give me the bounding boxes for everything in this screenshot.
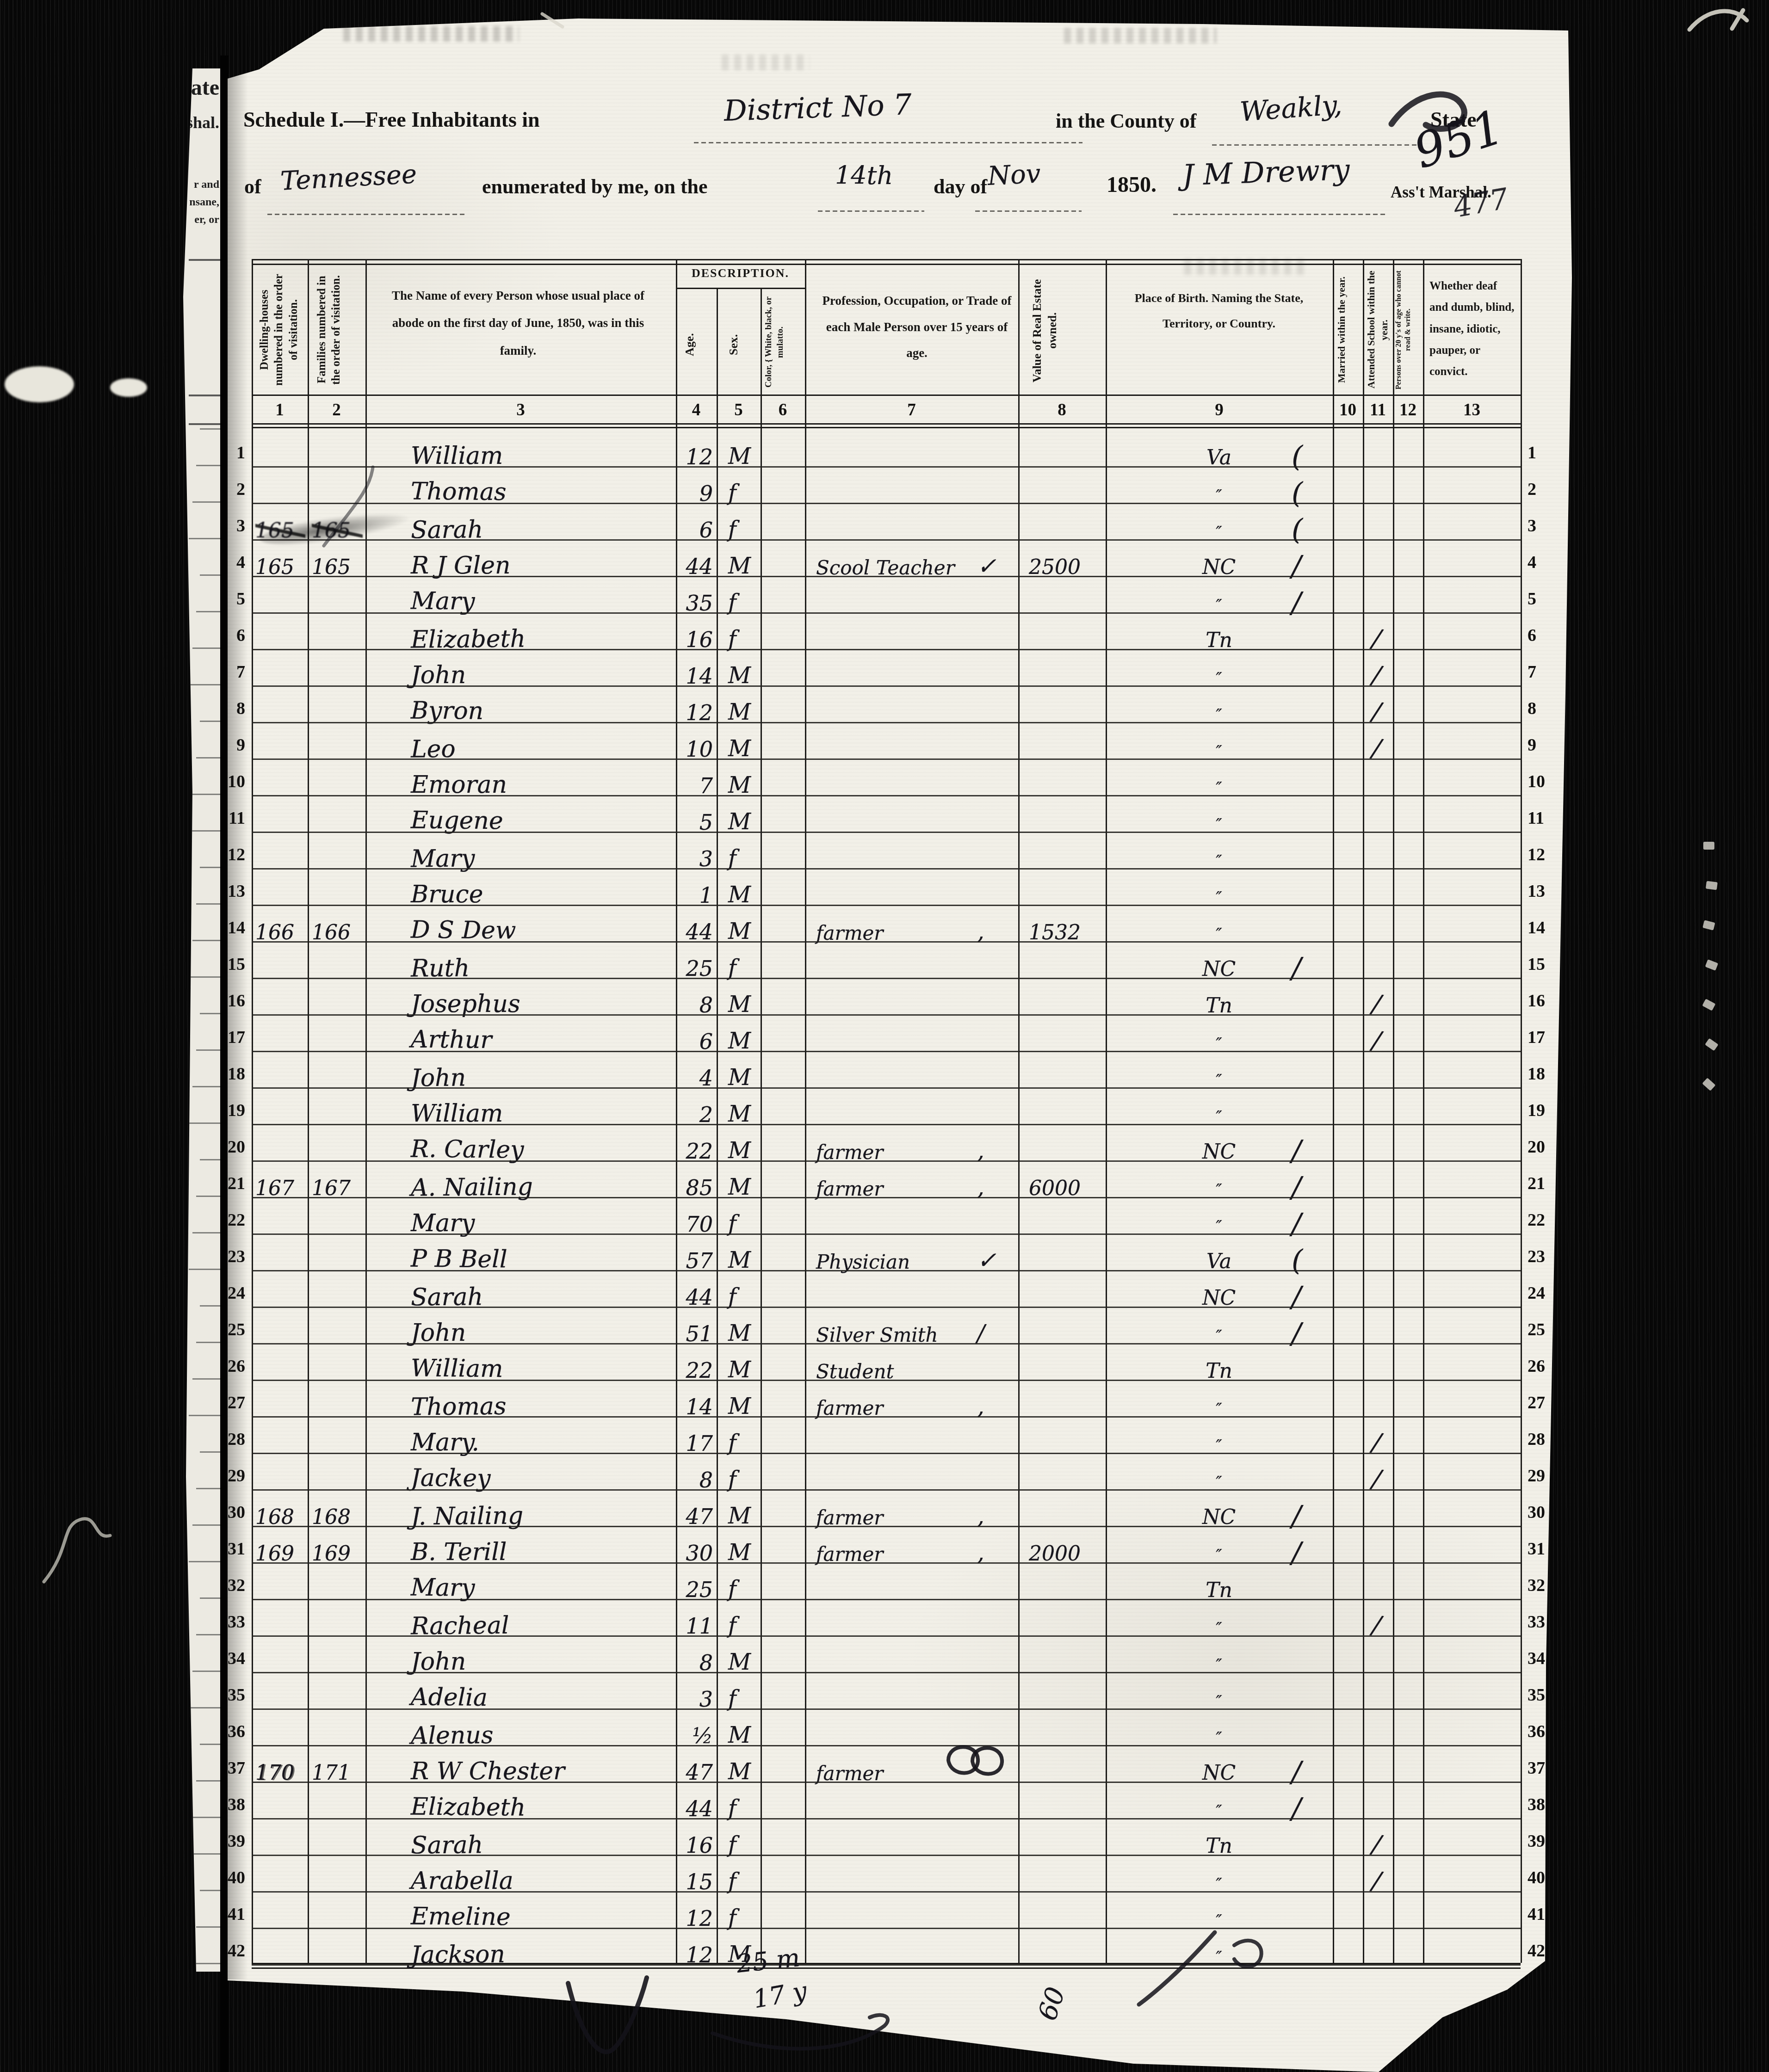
white-corner-scribble: [1689, 10, 1747, 30]
row-number-left: 11: [209, 810, 245, 826]
blank-underline: [818, 210, 924, 212]
census-row: 28 Mary. 17 f ″ / 28: [0, 1415, 1769, 1451]
row-number-left: 10: [209, 773, 245, 790]
row-number-right: 31: [1528, 1541, 1569, 1557]
row-number-left: 29: [209, 1468, 245, 1484]
column-number: 13: [1454, 400, 1491, 420]
row-number-right: 2: [1528, 481, 1569, 498]
of-label: of: [244, 175, 261, 198]
ghost-print-smudge: [1064, 28, 1217, 43]
census-row: 34 John 8 M ″ 34: [0, 1634, 1769, 1671]
census-row: 1 William 12 M Va ( 1: [0, 428, 1769, 465]
marshal-signature: J M Drewry: [1182, 153, 1350, 192]
census-row: 41 Emeline 12 f ″ 41: [0, 1890, 1769, 1926]
row-number-left: 13: [209, 883, 245, 900]
col10-header: Married within the year.: [1335, 269, 1361, 390]
row-number-left: 34: [209, 1650, 245, 1667]
row-number-right: 27: [1528, 1394, 1569, 1411]
census-row: 17 Arthur 6 M ″ / 17: [0, 1013, 1769, 1049]
census-row: 3 165 165 Sarah 6 f ″ ( 3: [0, 501, 1769, 538]
row-number-right: 36: [1528, 1723, 1569, 1740]
census-row: 6 Elizabeth 16 f Tn / 6: [0, 611, 1769, 647]
county-label: in the County of: [1056, 109, 1196, 133]
row-number-right: 32: [1528, 1577, 1569, 1594]
row-number-right: 23: [1528, 1248, 1569, 1265]
column-number: 2: [318, 400, 355, 420]
row-number-left: 4: [209, 554, 245, 571]
row-number-left: 26: [209, 1358, 245, 1375]
column-number: 12: [1390, 400, 1427, 420]
census-row: 11 Eugene 5 M ″ 11: [0, 794, 1769, 830]
census-row: 2 Thomas 9 f ″ ( 2: [0, 465, 1769, 501]
row-number-right: 4: [1528, 554, 1569, 571]
row-number-right: 38: [1528, 1796, 1569, 1813]
row-number-left: 35: [209, 1687, 245, 1703]
census-row: 15 Ruth 25 f NC / 15: [0, 940, 1769, 976]
census-row: 22 Mary 70 f ″ / 22: [0, 1196, 1769, 1232]
row-number-right: 37: [1528, 1760, 1569, 1776]
col3-header: The Name of every Person whose usual pla…: [379, 282, 657, 364]
column-number: 7: [893, 400, 930, 420]
row-number-left: 30: [209, 1504, 245, 1521]
row-number-left: 1: [209, 444, 245, 461]
row-number-left: 31: [209, 1541, 245, 1557]
row-number-left: 22: [209, 1212, 245, 1228]
row-number-right: 28: [1528, 1431, 1569, 1448]
census-row: 8 Byron 12 M ″ / 8: [0, 684, 1769, 721]
film-speck: [1703, 842, 1714, 850]
row-number-left: 42: [209, 1942, 245, 1959]
edge-line-stub: [189, 259, 221, 261]
row-number-left: 25: [209, 1321, 245, 1338]
row-number-left: 18: [209, 1066, 245, 1082]
occupation-tick: ✓: [977, 1250, 1016, 1272]
census-row: 31 169 169 B. Terill 30 M farmer , 2000 …: [0, 1524, 1769, 1561]
row-number-left: 5: [209, 591, 245, 607]
occupation-tick: ,: [977, 1396, 1016, 1418]
person-name: Jackson: [411, 1942, 679, 1967]
person-name: Bruce: [411, 883, 679, 906]
blank-underline: [975, 210, 1082, 212]
column-number: 3: [502, 400, 539, 420]
census-row: 23 P B Bell 57 M Physician ✓ Va ( 23: [0, 1232, 1769, 1269]
person-name: Arabella: [411, 1870, 679, 1893]
row-number-right: 15: [1528, 956, 1569, 973]
ghost-print-smudge: [1184, 259, 1305, 275]
ghost-print-smudge: [343, 26, 519, 42]
enumerated-label: enumerated by me, on the: [482, 175, 708, 198]
row-number-right: 30: [1528, 1504, 1569, 1521]
col8-header: Value of Real Estate owned.: [1030, 271, 1081, 390]
row-number-right: 5: [1528, 591, 1569, 607]
row-number-right: 14: [1528, 919, 1569, 936]
row-number-right: 18: [1528, 1066, 1569, 1082]
occupation-tick: ,: [977, 1505, 1016, 1528]
row-number-right: 11: [1528, 810, 1569, 826]
row-number-left: 41: [209, 1906, 245, 1923]
row-number-right: 24: [1528, 1285, 1569, 1301]
row-number-right: 21: [1528, 1175, 1569, 1192]
grid-hline: [252, 264, 1521, 265]
census-row: 20 R. Carley 22 M farmer , NC / 20: [0, 1122, 1769, 1159]
edge-line-stub: [192, 1963, 221, 1964]
edge-fragment-state: ate: [191, 75, 219, 100]
person-name: William: [411, 445, 679, 468]
census-row: 40 Arabella 15 f ″ / 40: [0, 1853, 1769, 1890]
row-number-left: 19: [209, 1102, 245, 1119]
row-number-right: 12: [1528, 846, 1569, 863]
census-row: 30 168 168 J. Nailing 47 M farmer , NC /…: [0, 1488, 1769, 1524]
census-scan-page: ate shal. r and nsane, er, or Schedule I…: [0, 0, 1769, 2072]
blank-underline: [1212, 144, 1420, 146]
person-name: R J Glen: [411, 555, 679, 577]
col2-header: Families numbered in the order of visita…: [315, 269, 361, 390]
row-number-left: 33: [209, 1614, 245, 1630]
census-row: 12 Mary 3 f ″ 12: [0, 830, 1769, 867]
edge-line-stub: [189, 423, 221, 425]
row-number-left: 38: [209, 1796, 245, 1813]
row-number-right: 29: [1528, 1468, 1569, 1484]
census-row: 24 Sarah 44 f NC / 24: [0, 1269, 1769, 1305]
day-of-label: day of: [934, 175, 987, 198]
month-handwritten: Nov: [987, 159, 1041, 191]
census-row: 4 165 165 R J Glen 44 M Scool Teacher ✓ …: [0, 538, 1769, 574]
occupation-tick: /: [977, 1323, 1016, 1345]
row-number-right: 1: [1528, 444, 1569, 461]
census-row: 21 167 167 A. Nailing 85 M farmer , 6000…: [0, 1159, 1769, 1196]
description-span-label: DESCRIPTION.: [676, 266, 805, 280]
column-number: 5: [720, 400, 757, 420]
column-number: 8: [1044, 400, 1081, 420]
col13-header: Whether deaf and dumb, blind, insane, id…: [1429, 276, 1517, 382]
person-name: Emoran: [411, 774, 679, 796]
row-number-right: 42: [1528, 1942, 1569, 1959]
film-blob: [110, 378, 147, 397]
census-row: 13 Bruce 1 M ″ 13: [0, 867, 1769, 903]
row-number-right: 33: [1528, 1614, 1569, 1630]
row-number-right: 40: [1528, 1869, 1569, 1886]
person-name: John: [411, 1322, 679, 1344]
column-number: 9: [1201, 400, 1238, 420]
row-number-right: 6: [1528, 627, 1569, 644]
row-number-right: 22: [1528, 1212, 1569, 1228]
row-number-left: 21: [209, 1175, 245, 1192]
row-number-left: 8: [209, 700, 245, 717]
row-number-left: 7: [209, 664, 245, 680]
census-row: 29 Jackey 8 f ″ / 29: [0, 1451, 1769, 1488]
row-number-left: 28: [209, 1431, 245, 1448]
col6-header: Color, { White, black, or mulatto.: [763, 292, 803, 392]
row-number-right: 10: [1528, 773, 1569, 790]
row-number-left: 23: [209, 1248, 245, 1265]
col11-header: Attended School within the year.: [1365, 269, 1391, 390]
row-number-left: 37: [209, 1760, 245, 1776]
person-name: B. Terill: [411, 1541, 679, 1564]
census-row: 36 Alenus ½ M ″ 36: [0, 1707, 1769, 1744]
occupation-tick: ,: [977, 921, 1016, 943]
grid-hline: [676, 288, 805, 289]
occupation-tick: ✓: [977, 555, 1016, 578]
census-row: 35 Adelia 3 f ″ 35: [0, 1671, 1769, 1707]
age-value: 12: [677, 1945, 713, 1966]
edge-fragment-col13b: nsane,: [189, 196, 219, 209]
schedule-title: Schedule I.—Free Inhabitants in: [243, 107, 540, 132]
column-number: 4: [678, 400, 715, 420]
year-label: 1850.: [1107, 172, 1157, 197]
census-row: 27 Thomas 14 M farmer , ″ 27: [0, 1378, 1769, 1415]
row-number-left: 3: [209, 518, 245, 534]
blank-underline: [1173, 214, 1386, 215]
row-number-left: 12: [209, 846, 245, 863]
census-row: 18 John 4 M ″ 18: [0, 1049, 1769, 1086]
column-number: 6: [764, 400, 801, 420]
occupation-tick: ,: [977, 1140, 1016, 1162]
row-number-right: 34: [1528, 1650, 1569, 1667]
census-row: 19 William 2 M ″ 19: [0, 1086, 1769, 1122]
census-row: 16 Josephus 8 M Tn / 16: [0, 976, 1769, 1013]
film-speck: [1706, 881, 1718, 890]
census-row: 10 Emoran 7 M ″ 10: [0, 757, 1769, 794]
row-number-left: 36: [209, 1723, 245, 1740]
census-row: 37 170 171 R W Chester 47 M farmer NC / …: [0, 1744, 1769, 1780]
birthplace-value: ″: [1166, 1950, 1272, 1966]
person-name: Mary.: [411, 1431, 679, 1454]
grid-hline: [252, 259, 1521, 260]
col5-header: Sex.: [726, 301, 754, 388]
edge-line-stub: [189, 395, 221, 396]
person-name: William: [411, 1103, 679, 1125]
row-number-right: 41: [1528, 1906, 1569, 1923]
census-row: 33 Racheal 11 f ″ / 33: [0, 1597, 1769, 1634]
person-name: Josephus: [411, 993, 679, 1016]
row-number-left: 20: [209, 1139, 245, 1155]
occupation-tick: ,: [977, 1177, 1016, 1199]
census-row: 5 Mary 35 f ″ / 5: [0, 574, 1769, 611]
row-number-right: 16: [1528, 993, 1569, 1009]
col7-header: Profession, Occupation, or Trade of each…: [820, 288, 1014, 366]
person-name: John: [411, 664, 679, 687]
col9-header: Place of Birth. Naming the State, Territ…: [1124, 286, 1314, 336]
occupation-tick: ,: [977, 1542, 1016, 1564]
census-row: 32 Mary 25 f Tn 32: [0, 1561, 1769, 1597]
film-blob: [5, 366, 74, 402]
census-row: 26 William 22 M Student Tn 26: [0, 1342, 1769, 1378]
census-row: 14 166 166 D S Dew 44 M farmer , 1532 ″ …: [0, 903, 1769, 940]
edge-fragment-marshal: shal.: [186, 113, 219, 132]
person-name: Mary: [411, 1212, 679, 1235]
col1-header: Dwelling-houses numbered in the order of…: [257, 269, 303, 390]
row-number-left: 2: [209, 481, 245, 498]
district-handwritten: District No 7: [724, 87, 912, 128]
census-row: 7 John 14 M ″ / 7: [0, 647, 1769, 684]
row-number-right: 9: [1528, 737, 1569, 753]
column-number: 1: [261, 400, 298, 420]
row-number-right: 39: [1528, 1833, 1569, 1850]
row-number-left: 32: [209, 1577, 245, 1594]
row-number-right: 17: [1528, 1029, 1569, 1046]
row-number-right: 20: [1528, 1139, 1569, 1155]
row-rule-line: [252, 1964, 1521, 1966]
row-number-left: 40: [209, 1869, 245, 1886]
edge-fragment-col13c: er, or: [194, 214, 219, 226]
person-name: R W Chester: [411, 1760, 679, 1783]
person-name: John: [411, 1651, 679, 1673]
row-number-right: 26: [1528, 1358, 1569, 1375]
col12-header: Persons over 20 y's of age who cannot re…: [1394, 269, 1421, 390]
day-handwritten: 14th: [835, 161, 893, 190]
row-number-right: 8: [1528, 700, 1569, 717]
row-number-right: 35: [1528, 1687, 1569, 1703]
row-number-left: 39: [209, 1833, 245, 1850]
row-number-right: 25: [1528, 1321, 1569, 1338]
census-row: 38 Elizabeth 44 f ″ / 38: [0, 1780, 1769, 1817]
blank-underline: [267, 214, 466, 215]
row-number-left: 9: [209, 737, 245, 753]
grid-hline: [252, 395, 1521, 396]
row-number-left: 6: [209, 627, 245, 644]
blank-underline: [694, 142, 1082, 143]
census-row: 9 Leo 10 M ″ / 9: [0, 721, 1769, 757]
ghost-print-smudge: [722, 55, 810, 70]
row-number-right: 7: [1528, 664, 1569, 680]
edge-fragment-col13a: r and: [194, 179, 219, 191]
row-number-right: 3: [1528, 518, 1569, 534]
grid-hline: [252, 423, 1521, 425]
census-row: 25 John 51 M Silver Smith / ″ / 25: [0, 1305, 1769, 1342]
row-number-right: 19: [1528, 1102, 1569, 1119]
census-row: 42 Jackson 12 M ″ 42: [0, 1926, 1769, 1963]
row-number-left: 14: [209, 919, 245, 936]
col4-header: Age.: [682, 301, 710, 388]
row-number-left: 15: [209, 956, 245, 973]
census-row: 39 Sarah 16 f Tn / 39: [0, 1817, 1769, 1853]
row-number-left: 24: [209, 1285, 245, 1301]
row-number-left: 17: [209, 1029, 245, 1046]
row-number-left: 27: [209, 1394, 245, 1411]
row-number-right: 13: [1528, 883, 1569, 900]
row-number-left: 16: [209, 993, 245, 1009]
